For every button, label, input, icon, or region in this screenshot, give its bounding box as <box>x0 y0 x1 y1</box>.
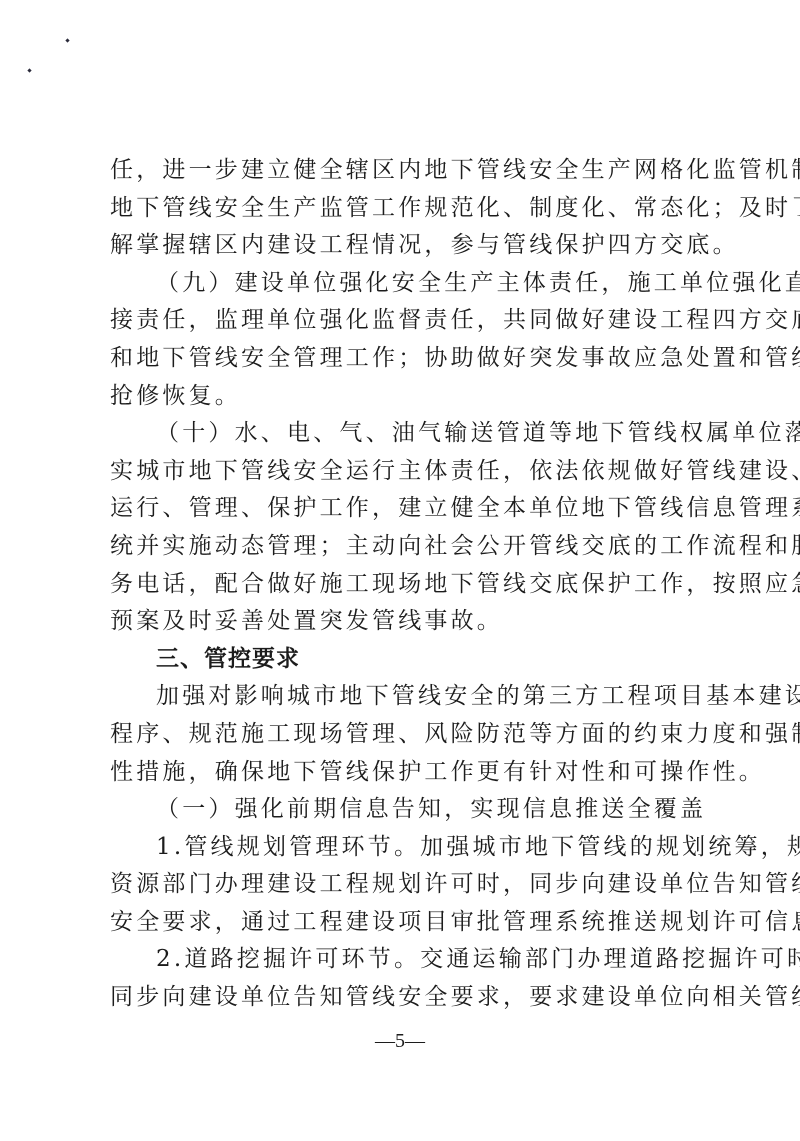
text-line: 和地下管线安全管理工作；协助做好突发事故应急处置和管线 <box>110 340 694 378</box>
scan-speck-mark <box>65 38 69 42</box>
section-intro-start: 加强对影响城市地下管线安全的第三方工程项目基本建设 <box>110 678 694 716</box>
paragraph-nine-start: （九）建设单位强化安全生产主体责任，施工单位强化直 <box>110 265 694 303</box>
text-line: 务电话，配合做好施工现场地下管线交底保护工作，按照应急 <box>110 566 694 604</box>
section-heading: 三、管控要求 <box>110 641 694 679</box>
text-line: 运行、管理、保护工作，建立健全本单位地下管线信息管理系 <box>110 490 694 528</box>
text-line: 预案及时妥善处置突发管线事故。 <box>110 603 694 641</box>
scan-speck-mark <box>27 68 31 72</box>
subsection-heading: （一）强化前期信息告知，实现信息推送全覆盖 <box>110 791 694 829</box>
paragraph-ten-start: （十）水、电、气、油气输送管道等地下管线权属单位落 <box>110 415 694 453</box>
page-number: —5— <box>0 1030 800 1053</box>
document-page: 任，进一步建立健全辖区内地下管线安全生产网格化监管机制， 地下管线安全生产监管工… <box>0 0 800 1141</box>
text-line: 抢修恢复。 <box>110 378 694 416</box>
text-line: 安全要求，通过工程建设项目审批管理系统推送规划许可信息。 <box>110 904 694 942</box>
text-line: 接责任，监理单位强化监督责任，共同做好建设工程四方交底 <box>110 302 694 340</box>
text-line: 任，进一步建立健全辖区内地下管线安全生产网格化监管机制， <box>110 152 694 190</box>
text-line: 统并实施动态管理；主动向社会公开管线交底的工作流程和服 <box>110 528 694 566</box>
text-line: 解掌握辖区内建设工程情况，参与管线保护四方交底。 <box>110 227 694 265</box>
text-line: 地下管线安全生产监管工作规范化、制度化、常态化；及时了 <box>110 190 694 228</box>
item-one-start: 1.管线规划管理环节。加强城市地下管线的规划统筹，规划 <box>110 829 694 867</box>
document-body: 任，进一步建立健全辖区内地下管线安全生产网格化监管机制， 地下管线安全生产监管工… <box>110 152 694 1017</box>
text-line: 程序、规范施工现场管理、风险防范等方面的约束力度和强制 <box>110 716 694 754</box>
item-two-start: 2.道路挖掘许可环节。交通运输部门办理道路挖掘许可时， <box>110 941 694 979</box>
text-line: 资源部门办理建设工程规划许可时，同步向建设单位告知管线 <box>110 866 694 904</box>
text-line: 实城市地下管线安全运行主体责任，依法依规做好管线建设、 <box>110 453 694 491</box>
text-line: 性措施，确保地下管线保护工作更有针对性和可操作性。 <box>110 754 694 792</box>
text-line: 同步向建设单位告知管线安全要求，要求建设单位向相关管线 <box>110 979 694 1017</box>
